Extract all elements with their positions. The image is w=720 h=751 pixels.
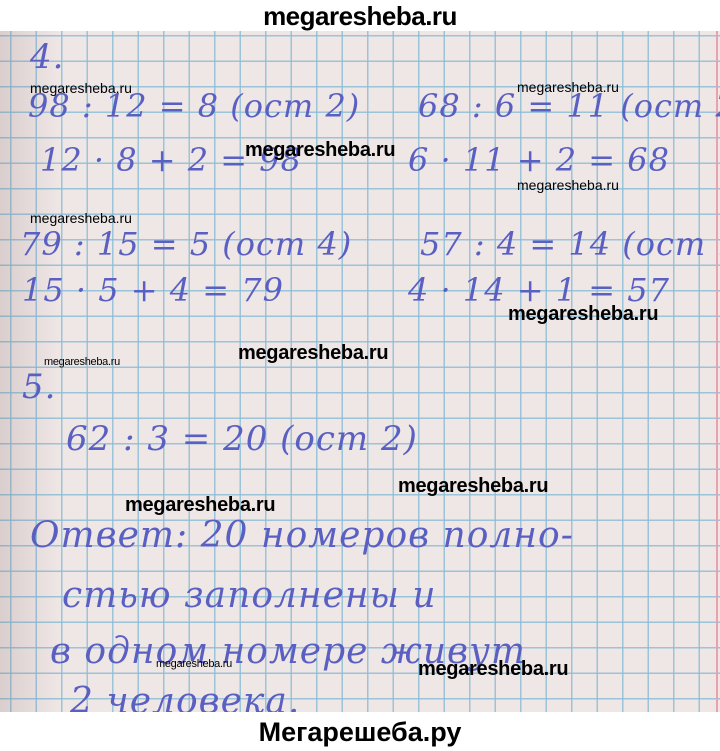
- watermark: megaresheba.ru: [245, 139, 395, 162]
- watermark: megaresheba.ru: [517, 79, 619, 95]
- red-margin-line: [716, 31, 718, 712]
- task4-division-4: 57 : 4 = 14 (ост 1): [420, 225, 720, 263]
- watermark: megaresheba.ru: [30, 210, 132, 226]
- watermark: megaresheba.ru: [125, 494, 275, 517]
- notebook-page: 4. 98 : 12 = 8 (ост 2) 12 · 8 + 2 = 98 6…: [0, 31, 720, 712]
- task4-check-3: 15 · 5 + 4 = 79: [22, 271, 284, 309]
- watermark: megaresheba.ru: [238, 342, 388, 365]
- watermark: megaresheba.ru: [156, 658, 232, 670]
- task4-check-2: 6 · 11 + 2 = 68: [408, 141, 670, 179]
- watermark: megaresheba.ru: [418, 658, 568, 681]
- watermark: megaresheba.ru: [44, 356, 120, 368]
- task4-number: 4.: [30, 37, 64, 77]
- answer-line-2: стью заполнены и: [62, 575, 437, 616]
- answer-line-4: 2 человека.: [70, 681, 300, 712]
- site-header-title: megaresheba.ru: [0, 0, 720, 32]
- watermark: megaresheba.ru: [398, 475, 548, 498]
- watermark: megaresheba.ru: [517, 177, 619, 193]
- task5-division: 62 : 3 = 20 (ост 2): [66, 419, 418, 459]
- task5-number: 5.: [22, 367, 56, 407]
- site-footer-title: Мегарешеба.ру: [0, 714, 720, 751]
- answer-line-1: Ответ: 20 номеров полно-: [30, 515, 574, 556]
- watermark: megaresheba.ru: [30, 80, 132, 96]
- task4-division-3: 79 : 15 = 5 (ост 4): [20, 225, 352, 263]
- watermark: megaresheba.ru: [508, 303, 658, 326]
